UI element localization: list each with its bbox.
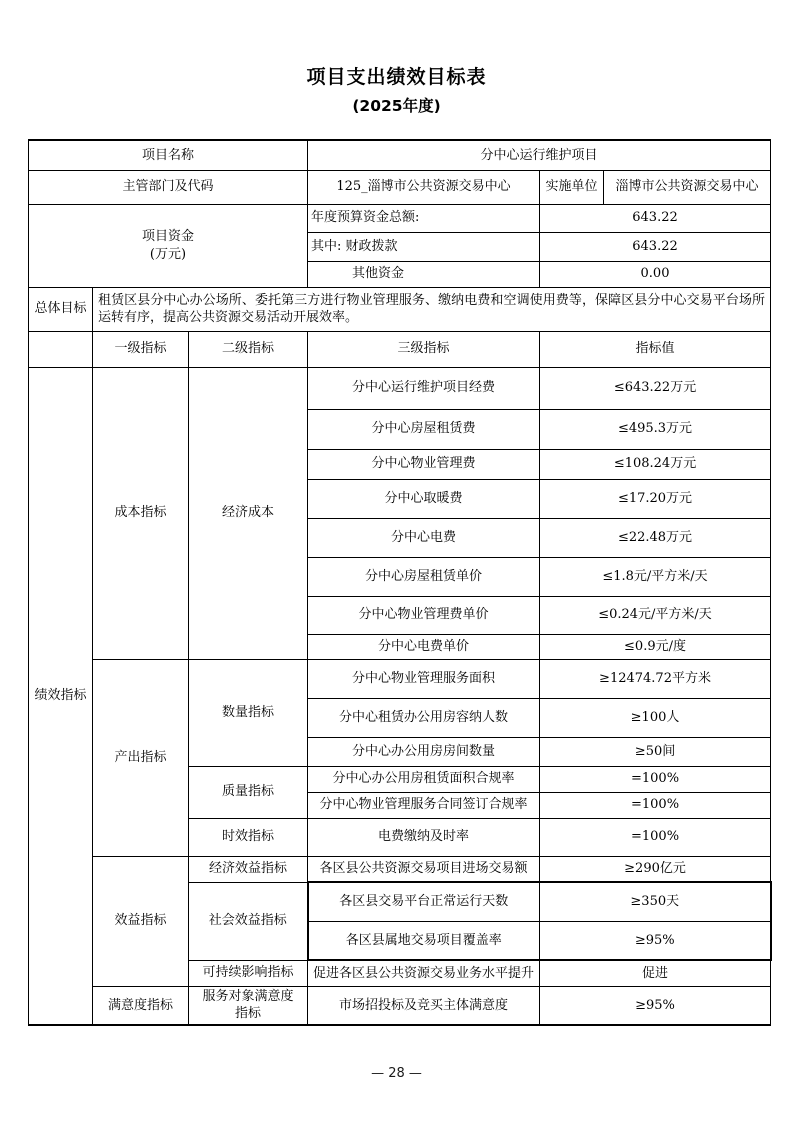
indicator-value: ≥12474.72平方米 bbox=[540, 659, 771, 698]
level2-economic-cost: 经济成本 bbox=[189, 367, 308, 659]
indicator-value: ≤17.20万元 bbox=[540, 479, 771, 518]
level2-timeliness: 时效指标 bbox=[189, 818, 308, 856]
indicator-name: 电费缴纳及时率 bbox=[308, 818, 540, 856]
indicator-value: ≥350天 bbox=[540, 882, 771, 921]
indicator-value: ≥100人 bbox=[540, 698, 771, 737]
indicator-value: ≤495.3万元 bbox=[540, 409, 771, 449]
table-row: 绩效指标 成本指标 经济成本 分中心运行维护项目经费 ≤643.22万元 bbox=[29, 367, 771, 409]
level1-satisfaction: 满意度指标 bbox=[93, 986, 189, 1025]
page-title: 项目支出绩效目标表 bbox=[0, 62, 793, 89]
project-name-label: 项目名称 bbox=[29, 140, 308, 170]
table-header-row: 一级指标 二级指标 三级指标 指标值 bbox=[29, 331, 771, 367]
table-row: 项目资金 (万元) 年度预算资金总额: 643.22 bbox=[29, 204, 771, 232]
indicator-value: ≥290亿元 bbox=[540, 856, 771, 882]
indicator-value: ≤1.8元/平方米/天 bbox=[540, 557, 771, 596]
indicator-name: 分中心办公用房房间数量 bbox=[308, 737, 540, 766]
indicator-name: 分中心取暖费 bbox=[308, 479, 540, 518]
header-level3: 三级指标 bbox=[308, 331, 540, 367]
indicator-name: 市场招投标及竞买主体满意度 bbox=[308, 986, 540, 1025]
indicator-name: 分中心物业管理费 bbox=[308, 449, 540, 479]
indicator-value: =100% bbox=[540, 792, 771, 818]
level2-service-satisfaction: 服务对象满意度指标 bbox=[189, 986, 308, 1025]
dept-label: 主管部门及代码 bbox=[29, 170, 308, 204]
other-funds-label: 其他资金 bbox=[308, 261, 540, 287]
indicator-name: 促进各区县公共资源交易业务水平提升 bbox=[308, 960, 540, 986]
indicator-name: 分中心电费单价 bbox=[308, 634, 540, 659]
indicator-value: ≥95% bbox=[540, 921, 771, 960]
indicator-value: ≤0.24元/平方米/天 bbox=[540, 596, 771, 634]
indicator-value: ≥50间 bbox=[540, 737, 771, 766]
indicator-value: =100% bbox=[540, 766, 771, 792]
level1-benefit: 效益指标 bbox=[93, 856, 189, 986]
document-page: 项目支出绩效目标表 (2025年度) 项目名称 分中心运行维护项目 主管部门及代… bbox=[0, 0, 793, 1122]
table-row: 产出指标 数量指标 分中心物业管理服务面积 ≥12474.72平方米 bbox=[29, 659, 771, 698]
funds-label: 项目资金 (万元) bbox=[29, 204, 308, 287]
funds-label-line2: (万元) bbox=[150, 247, 186, 262]
table-row: 效益指标 经济效益指标 各区县公共资源交易项目进场交易额 ≥290亿元 bbox=[29, 856, 771, 882]
budget-total-label: 年度预算资金总额: bbox=[308, 204, 540, 232]
overall-goal-text: 租赁区县分中心办公场所、委托第三方进行物业管理服务、缴纳电费和空调使用费等，保障… bbox=[93, 287, 771, 331]
indicator-value: 促进 bbox=[540, 960, 771, 986]
impl-unit-label: 实施单位 bbox=[540, 170, 604, 204]
table-row: 满意度指标 服务对象满意度指标 市场招投标及竞买主体满意度 ≥95% bbox=[29, 986, 771, 1025]
level1-cost: 成本指标 bbox=[93, 367, 189, 659]
indicator-value: ≤108.24万元 bbox=[540, 449, 771, 479]
table-row: 项目名称 分中心运行维护项目 bbox=[29, 140, 771, 170]
indicator-name: 各区县属地交易项目覆盖率 bbox=[308, 921, 540, 960]
indicator-value: ≥95% bbox=[540, 986, 771, 1025]
indicator-name: 分中心运行维护项目经费 bbox=[308, 367, 540, 409]
header-value: 指标值 bbox=[540, 331, 771, 367]
indicator-name: 分中心办公用房租赁面积合规率 bbox=[308, 766, 540, 792]
indicator-value: ≤22.48万元 bbox=[540, 518, 771, 557]
indicator-name: 分中心房屋租赁单价 bbox=[308, 557, 540, 596]
page-subtitle: (2025年度) bbox=[0, 94, 793, 116]
impl-unit-value: 淄博市公共资源交易中心 bbox=[604, 170, 771, 204]
budget-total-value: 643.22 bbox=[540, 204, 771, 232]
level2-economic-benefit: 经济效益指标 bbox=[189, 856, 308, 882]
table-row: 总体目标 租赁区县分中心办公场所、委托第三方进行物业管理服务、缴纳电费和空调使用… bbox=[29, 287, 771, 331]
indicator-name: 分中心电费 bbox=[308, 518, 540, 557]
indicator-value: =100% bbox=[540, 818, 771, 856]
indicator-name: 分中心物业管理服务合同签订合规率 bbox=[308, 792, 540, 818]
indicator-name: 分中心物业管理服务面积 bbox=[308, 659, 540, 698]
table-row: 主管部门及代码 125_淄博市公共资源交易中心 实施单位 淄博市公共资源交易中心 bbox=[29, 170, 771, 204]
indicator-name: 分中心租赁办公用房容纳人数 bbox=[308, 698, 540, 737]
indicator-value: ≤643.22万元 bbox=[540, 367, 771, 409]
fiscal-allocation-label: 其中: 财政拨款 bbox=[308, 232, 540, 261]
level2-sustainability: 可持续影响指标 bbox=[189, 960, 308, 986]
header-empty-cell bbox=[29, 331, 93, 367]
indicator-name: 分中心物业管理费单价 bbox=[308, 596, 540, 634]
page-number: — 28 — bbox=[0, 1066, 793, 1081]
project-name-value: 分中心运行维护项目 bbox=[308, 140, 771, 170]
header-level2: 二级指标 bbox=[189, 331, 308, 367]
dept-value: 125_淄博市公共资源交易中心 bbox=[308, 170, 540, 204]
section-performance-label: 绩效指标 bbox=[29, 367, 93, 1025]
indicator-value: ≤0.9元/度 bbox=[540, 634, 771, 659]
other-funds-value: 0.00 bbox=[540, 261, 771, 287]
fiscal-allocation-value: 643.22 bbox=[540, 232, 771, 261]
indicator-name: 各区县公共资源交易项目进场交易额 bbox=[308, 856, 540, 882]
level2-quantity: 数量指标 bbox=[189, 659, 308, 766]
header-level1: 一级指标 bbox=[93, 331, 189, 367]
performance-target-table: 项目名称 分中心运行维护项目 主管部门及代码 125_淄博市公共资源交易中心 实… bbox=[28, 139, 772, 1026]
indicator-name: 分中心房屋租赁费 bbox=[308, 409, 540, 449]
level1-output: 产出指标 bbox=[93, 659, 189, 856]
level2-quality: 质量指标 bbox=[189, 766, 308, 818]
overall-goal-label: 总体目标 bbox=[29, 287, 93, 331]
funds-label-line1: 项目资金 bbox=[142, 229, 194, 244]
indicator-name: 各区县交易平台正常运行天数 bbox=[308, 882, 540, 921]
level2-social-benefit: 社会效益指标 bbox=[189, 882, 308, 960]
